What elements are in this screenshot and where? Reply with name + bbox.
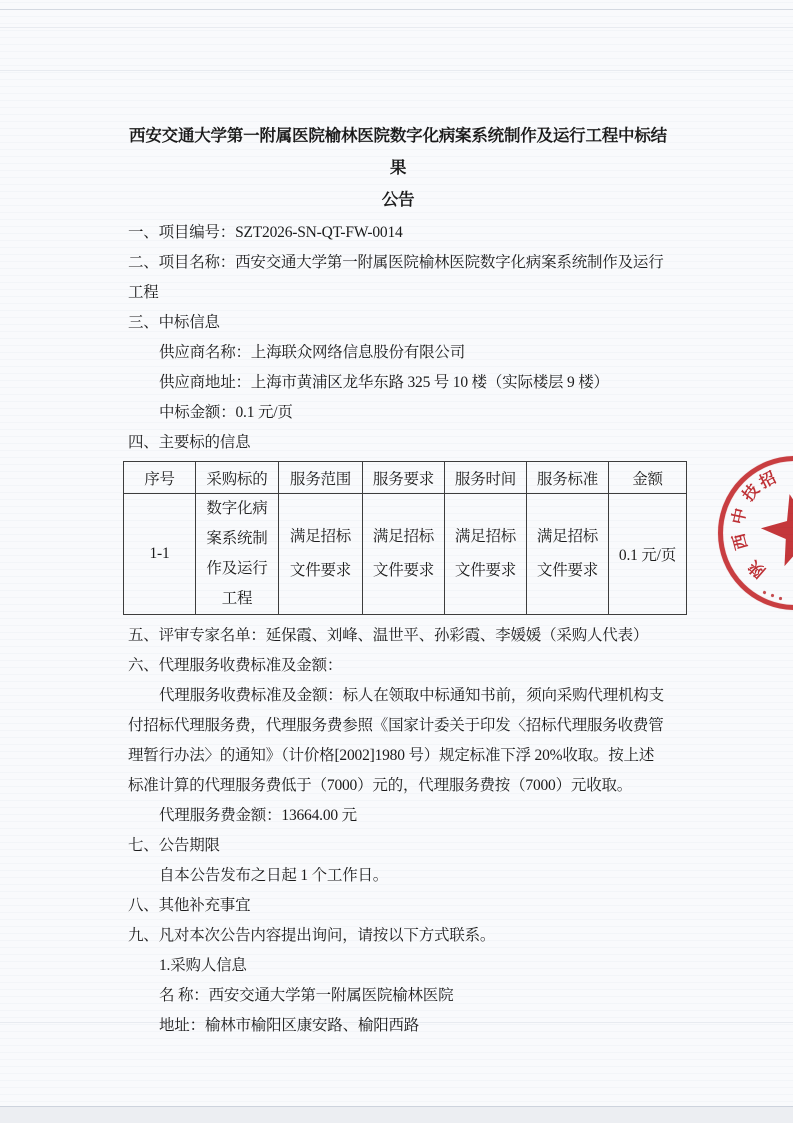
section-agency-fee: 六、代理服务收费标准及金额：: [128, 651, 668, 681]
section-award-info: 三、中标信息: [128, 308, 668, 338]
line-purchaser-address: 地址：榆林市榆阳区康安路、榆阳西路: [128, 1011, 668, 1041]
section-announcement-period: 七、公告期限: [128, 831, 668, 861]
line-experts: 五、评审专家名单：延保霞、刘峰、温世平、孙彩霞、李媛媛（采购人代表）: [128, 621, 668, 651]
line-purchaser-name: 名 称：西安交通大学第一附属医院榆林医院: [128, 981, 668, 1011]
title-line-2: 公告: [128, 184, 668, 216]
line-award-amount: 中标金额：0.1 元/页: [128, 398, 668, 428]
scan-artifact-line: [0, 70, 793, 71]
header-service-scope: 服务范围: [279, 462, 363, 494]
header-amount: 金额: [609, 462, 687, 494]
seal-serial-mark: [779, 597, 783, 601]
line-supplier-address: 供应商地址：上海市黄浦区龙华东路 325 号 10 楼（实际楼层 9 楼）: [128, 368, 668, 398]
section-main-subject: 四、主要标的信息: [128, 428, 668, 458]
scan-artifact-band: [0, 1106, 793, 1123]
document-content: 西安交通大学第一附属医院榆林医院数字化病案系统制作及运行工程中标结果 公告 一、…: [128, 120, 668, 1041]
seal-char: 陕: [742, 556, 769, 584]
scanned-document-page: 西安交通大学第一附属医院榆林医院数字化病案系统制作及运行工程中标结果 公告 一、…: [0, 0, 793, 1123]
line-agency-fee-p4: 标准计算的代理服务费低于（7000）元的，代理服务费按（7000）元收取。: [128, 771, 668, 801]
header-service-requirement: 服务要求: [363, 462, 445, 494]
seal-char: 中: [725, 506, 751, 526]
scan-artifact-line: [0, 9, 793, 10]
cell-subject: 数字化病案系统制作及运行工程: [196, 494, 279, 615]
cell-service-requirement: 满足招标文件要求: [363, 494, 445, 615]
seal-serial-mark: [771, 594, 775, 598]
header-seq: 序号: [124, 462, 196, 494]
line-purchaser-header: 1.采购人信息: [128, 951, 668, 981]
seal-star-icon: [760, 490, 793, 566]
line-period-value: 自本公告发布之日起 1 个工作日。: [128, 861, 668, 891]
line-project-name-1: 二、项目名称：西安交通大学第一附属医院榆林医院数字化病案系统制作及运行: [128, 248, 668, 278]
header-subject: 采购标的: [196, 462, 279, 494]
line-agency-fee-amount: 代理服务费金额：13664.00 元: [128, 801, 668, 831]
cell-seq: 1-1: [124, 494, 196, 615]
cell-service-time: 满足招标文件要求: [445, 494, 527, 615]
document-title: 西安交通大学第一附属医院榆林医院数字化病案系统制作及运行工程中标结果 公告: [128, 120, 668, 216]
table-header-row: 序号 采购标的 服务范围 服务要求 服务时间 服务标准 金额: [124, 462, 687, 494]
line-project-number: 一、项目编号：SZT2026-SN-QT-FW-0014: [128, 218, 668, 248]
seal-char: 西: [726, 531, 752, 552]
title-line-1: 西安交通大学第一附属医院榆林医院数字化病案系统制作及运行工程中标结果: [128, 120, 668, 184]
seal-ring: [718, 456, 793, 610]
cell-service-scope: 满足招标文件要求: [279, 494, 363, 615]
header-service-standard: 服务标准: [527, 462, 609, 494]
line-supplier-name: 供应商名称：上海联众网络信息股份有限公司: [128, 338, 668, 368]
line-agency-fee-p1: 代理服务收费标准及金额：标人在领取中标通知书前，须向采购代理机构支: [128, 681, 668, 711]
main-subject-table: 序号 采购标的 服务范围 服务要求 服务时间 服务标准 金额 1-1 数字化病案…: [123, 461, 687, 615]
scan-artifact-line: [0, 27, 793, 28]
section-other-matters: 八、其他补充事宜: [128, 891, 668, 921]
line-project-name-2: 工程: [128, 278, 668, 308]
document-body: 一、项目编号：SZT2026-SN-QT-FW-0014 二、项目名称：西安交通…: [128, 218, 668, 1041]
section-contact: 九、凡对本次公告内容提出询问，请按以下方式联系。: [128, 921, 668, 951]
seal-char: 招: [755, 465, 780, 493]
seal-serial-mark: [763, 591, 767, 595]
header-service-time: 服务时间: [445, 462, 527, 494]
line-agency-fee-p2: 付招标代理服务费，代理服务费参照《国家计委关于印发〈招标代理服务收费管: [128, 711, 668, 741]
cell-amount: 0.1 元/页: [609, 494, 687, 615]
line-agency-fee-p3: 理暂行办法〉的通知》（计价格[2002]1980 号）规定标准下浮 20%收取。…: [128, 741, 668, 771]
cell-service-standard: 满足招标文件要求: [527, 494, 609, 615]
seal-char: 技: [736, 478, 764, 505]
table-row: 1-1 数字化病案系统制作及运行工程 满足招标文件要求 满足招标文件要求 满足招…: [124, 494, 687, 615]
